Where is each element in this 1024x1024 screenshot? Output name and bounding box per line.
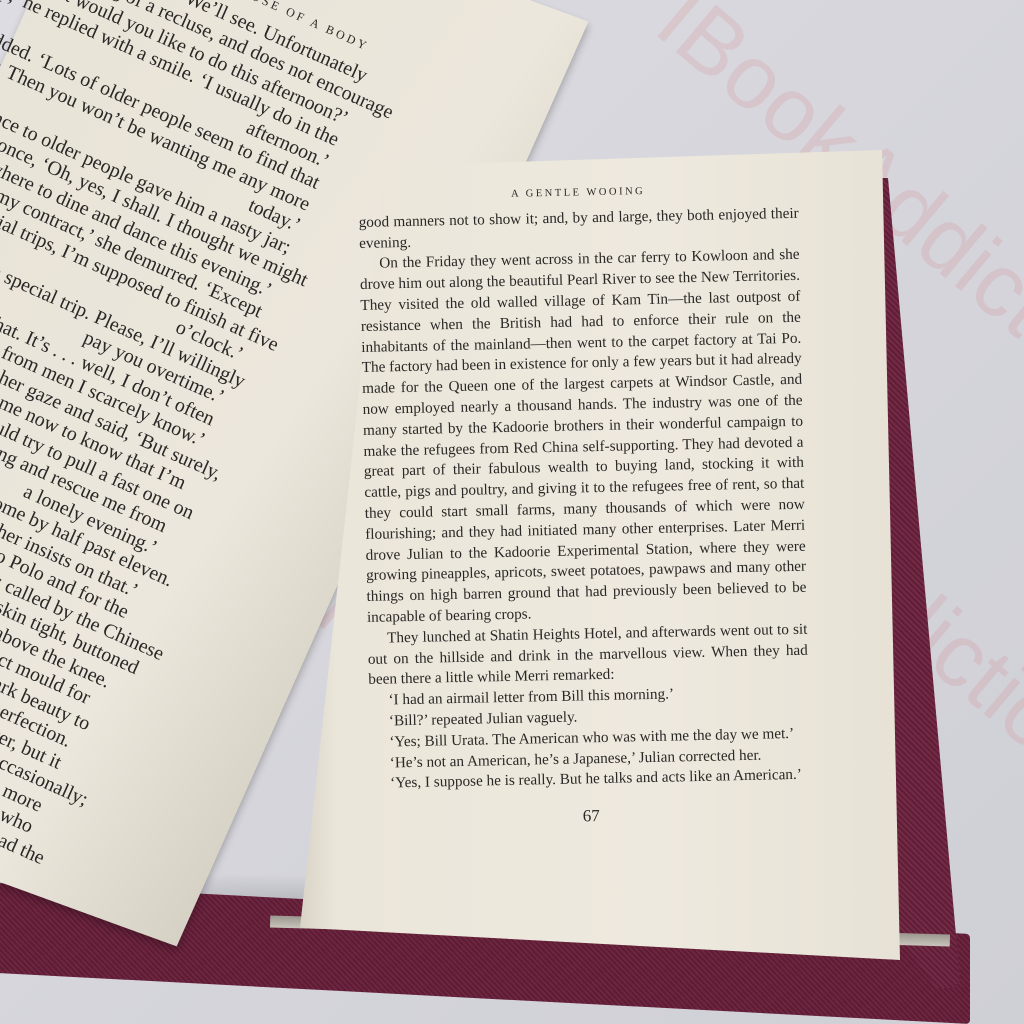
right-page-text: A Gentle Wooing good manners not to show… — [358, 179, 811, 832]
paragraph: They lunched at Shatin Heights Hotel, an… — [367, 619, 808, 691]
book-photo: IBookAddiction IBookAddiction IBookAddic… — [0, 0, 1024, 1024]
paragraph: On the Friday they went across in the ca… — [359, 245, 807, 628]
